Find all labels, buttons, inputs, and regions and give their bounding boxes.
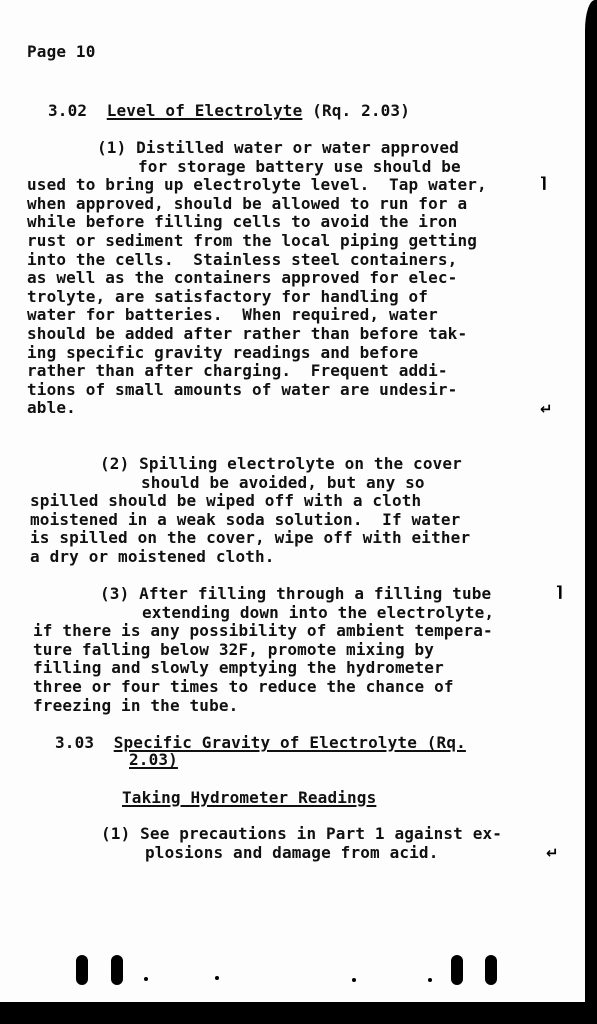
text-line: water for batteries. When required, wate… (27, 306, 438, 325)
text-line: able. (27, 399, 76, 418)
binding-hole (451, 955, 463, 985)
subheading: Taking Hydrometer Readings (122, 789, 376, 808)
end-mark-icon: ↵ (540, 400, 553, 418)
text-line: rather than after charging. Frequent add… (27, 362, 448, 381)
text-line: moistened in a weak soda solution. If wa… (30, 511, 460, 530)
start-mark-icon: ⌉ (556, 583, 563, 601)
text-line: (1) See precautions in Part 1 against ex… (101, 825, 502, 844)
text-line: (2) Spilling electrolyte on the cover (100, 455, 462, 474)
text-line: (1) Distilled water or water approved (97, 139, 459, 158)
text-line: trolyte, are satisfactory for handling o… (27, 288, 428, 307)
text-line: ture falling below 32F, promote mixing b… (33, 641, 434, 660)
section-number: 3.03 (55, 733, 94, 752)
text-line: while before filling cells to avoid the … (27, 213, 457, 232)
section-title: Level of Electrolyte (107, 101, 303, 120)
text-line: (3) After filling through a filling tube (100, 585, 491, 604)
section-303-heading: 3.03 Specific Gravity of Electrolyte (Rq… (55, 734, 466, 753)
scan-edge-bottom (0, 1002, 597, 1024)
scan-edge-right (585, 0, 597, 1024)
punch-dot (352, 978, 356, 982)
text-line: ing specific gravity readings and before (27, 344, 418, 363)
text-line: extending down into the electrolyte, (142, 604, 494, 623)
text-line: rust or sediment from the local piping g… (27, 232, 477, 251)
text-line: freezing in the tube. (33, 697, 238, 716)
punch-dot (144, 977, 148, 981)
text-line: should be avoided, but any so (141, 474, 425, 493)
section-302-heading: 3.02 Level of Electrolyte (Rq. 2.03) (48, 102, 410, 121)
binding-hole (111, 955, 123, 985)
text-line: for storage battery use should be (138, 158, 461, 177)
text-line: three or four times to reduce the chance… (33, 678, 454, 697)
text-line: if there is any possibility of ambient t… (33, 622, 493, 641)
text-line: a dry or moistened cloth. (30, 548, 275, 567)
text-line: is spilled on the cover, wipe off with e… (30, 529, 470, 548)
document-page: Page 10 3.02 Level of Electrolyte (Rq. 2… (0, 0, 597, 1024)
start-mark-icon: ⌉ (540, 174, 547, 192)
text-line: when approved, should be allowed to run … (27, 195, 467, 214)
section-title-cont: 2.03) (129, 750, 178, 769)
punch-dot (215, 976, 219, 980)
text-line: should be added after rather than before… (27, 325, 467, 344)
page-number: Page 10 (27, 43, 95, 62)
section-number: 3.02 (48, 101, 87, 120)
text-line: tions of small amounts of water are unde… (27, 381, 457, 400)
binding-hole (76, 955, 88, 985)
text-line: used to bring up electrolyte level. Tap … (27, 176, 487, 195)
text-line: filling and slowly emptying the hydromet… (33, 659, 444, 678)
text-line: spilled should be wiped off with a cloth (30, 492, 421, 511)
section-303-heading-cont: 2.03) (129, 751, 178, 770)
end-mark-icon: ↵ (546, 844, 559, 862)
text-line: into the cells. Stainless steel containe… (27, 251, 457, 270)
section-ref: (Rq. 2.03) (312, 101, 410, 120)
text-line: plosions and damage from acid. (145, 844, 438, 863)
punch-dot (428, 978, 432, 982)
binding-hole (485, 955, 497, 985)
text-line: as well as the containers approved for e… (27, 269, 457, 288)
subheading-text: Taking Hydrometer Readings (122, 788, 376, 807)
